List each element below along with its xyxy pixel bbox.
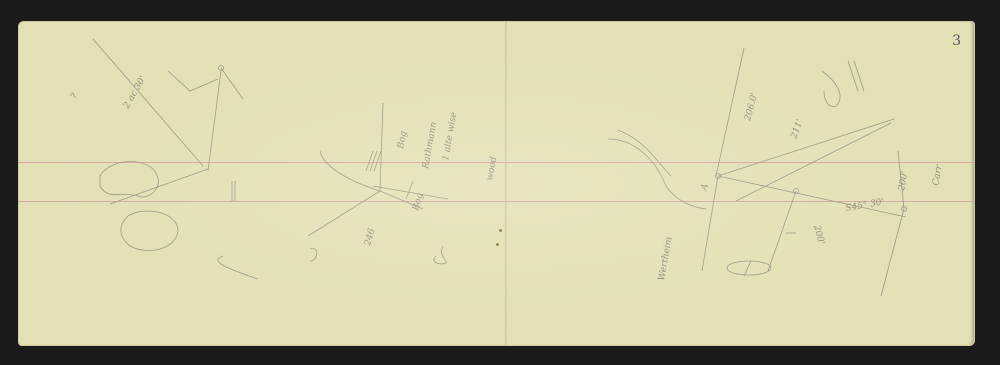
svg-text:206.0': 206.0'	[743, 92, 760, 123]
right-page: 3	[506, 21, 975, 346]
svg-text:A: A	[699, 182, 711, 193]
svg-text:2 ac 30': 2 ac 30'	[121, 75, 148, 112]
svg-text:Bog: Bog	[411, 192, 426, 213]
svg-text:?: ?	[69, 92, 80, 100]
svg-text:1 alte wise: 1 alte wise	[441, 111, 459, 161]
notebook-spread: ? 2 ac 30' Bog Rathmann 1 alte wise wood…	[18, 21, 975, 346]
left-page-sketch: ? 2 ac 30' Bog Rathmann 1 alte wise wood…	[18, 21, 506, 346]
left-page: ? 2 ac 30' Bog Rathmann 1 alte wise wood…	[18, 21, 506, 346]
svg-text:200': 200'	[811, 223, 826, 246]
staple-mark	[496, 243, 499, 246]
staple-mark	[499, 229, 502, 232]
right-page-sketch: 206.0' 211' S45° 30' A Wertheim Carr 200…	[506, 21, 975, 346]
svg-text:Carr: Carr	[931, 164, 945, 187]
svg-text:wood: wood	[485, 156, 499, 182]
svg-text:211': 211'	[789, 118, 805, 141]
svg-text:Rathmann: Rathmann	[421, 121, 439, 170]
svg-text:Wertheim: Wertheim	[657, 236, 675, 281]
svg-text:246: 246	[363, 227, 377, 247]
svg-text:200': 200'	[897, 170, 910, 192]
svg-text:Bog: Bog	[396, 130, 409, 150]
